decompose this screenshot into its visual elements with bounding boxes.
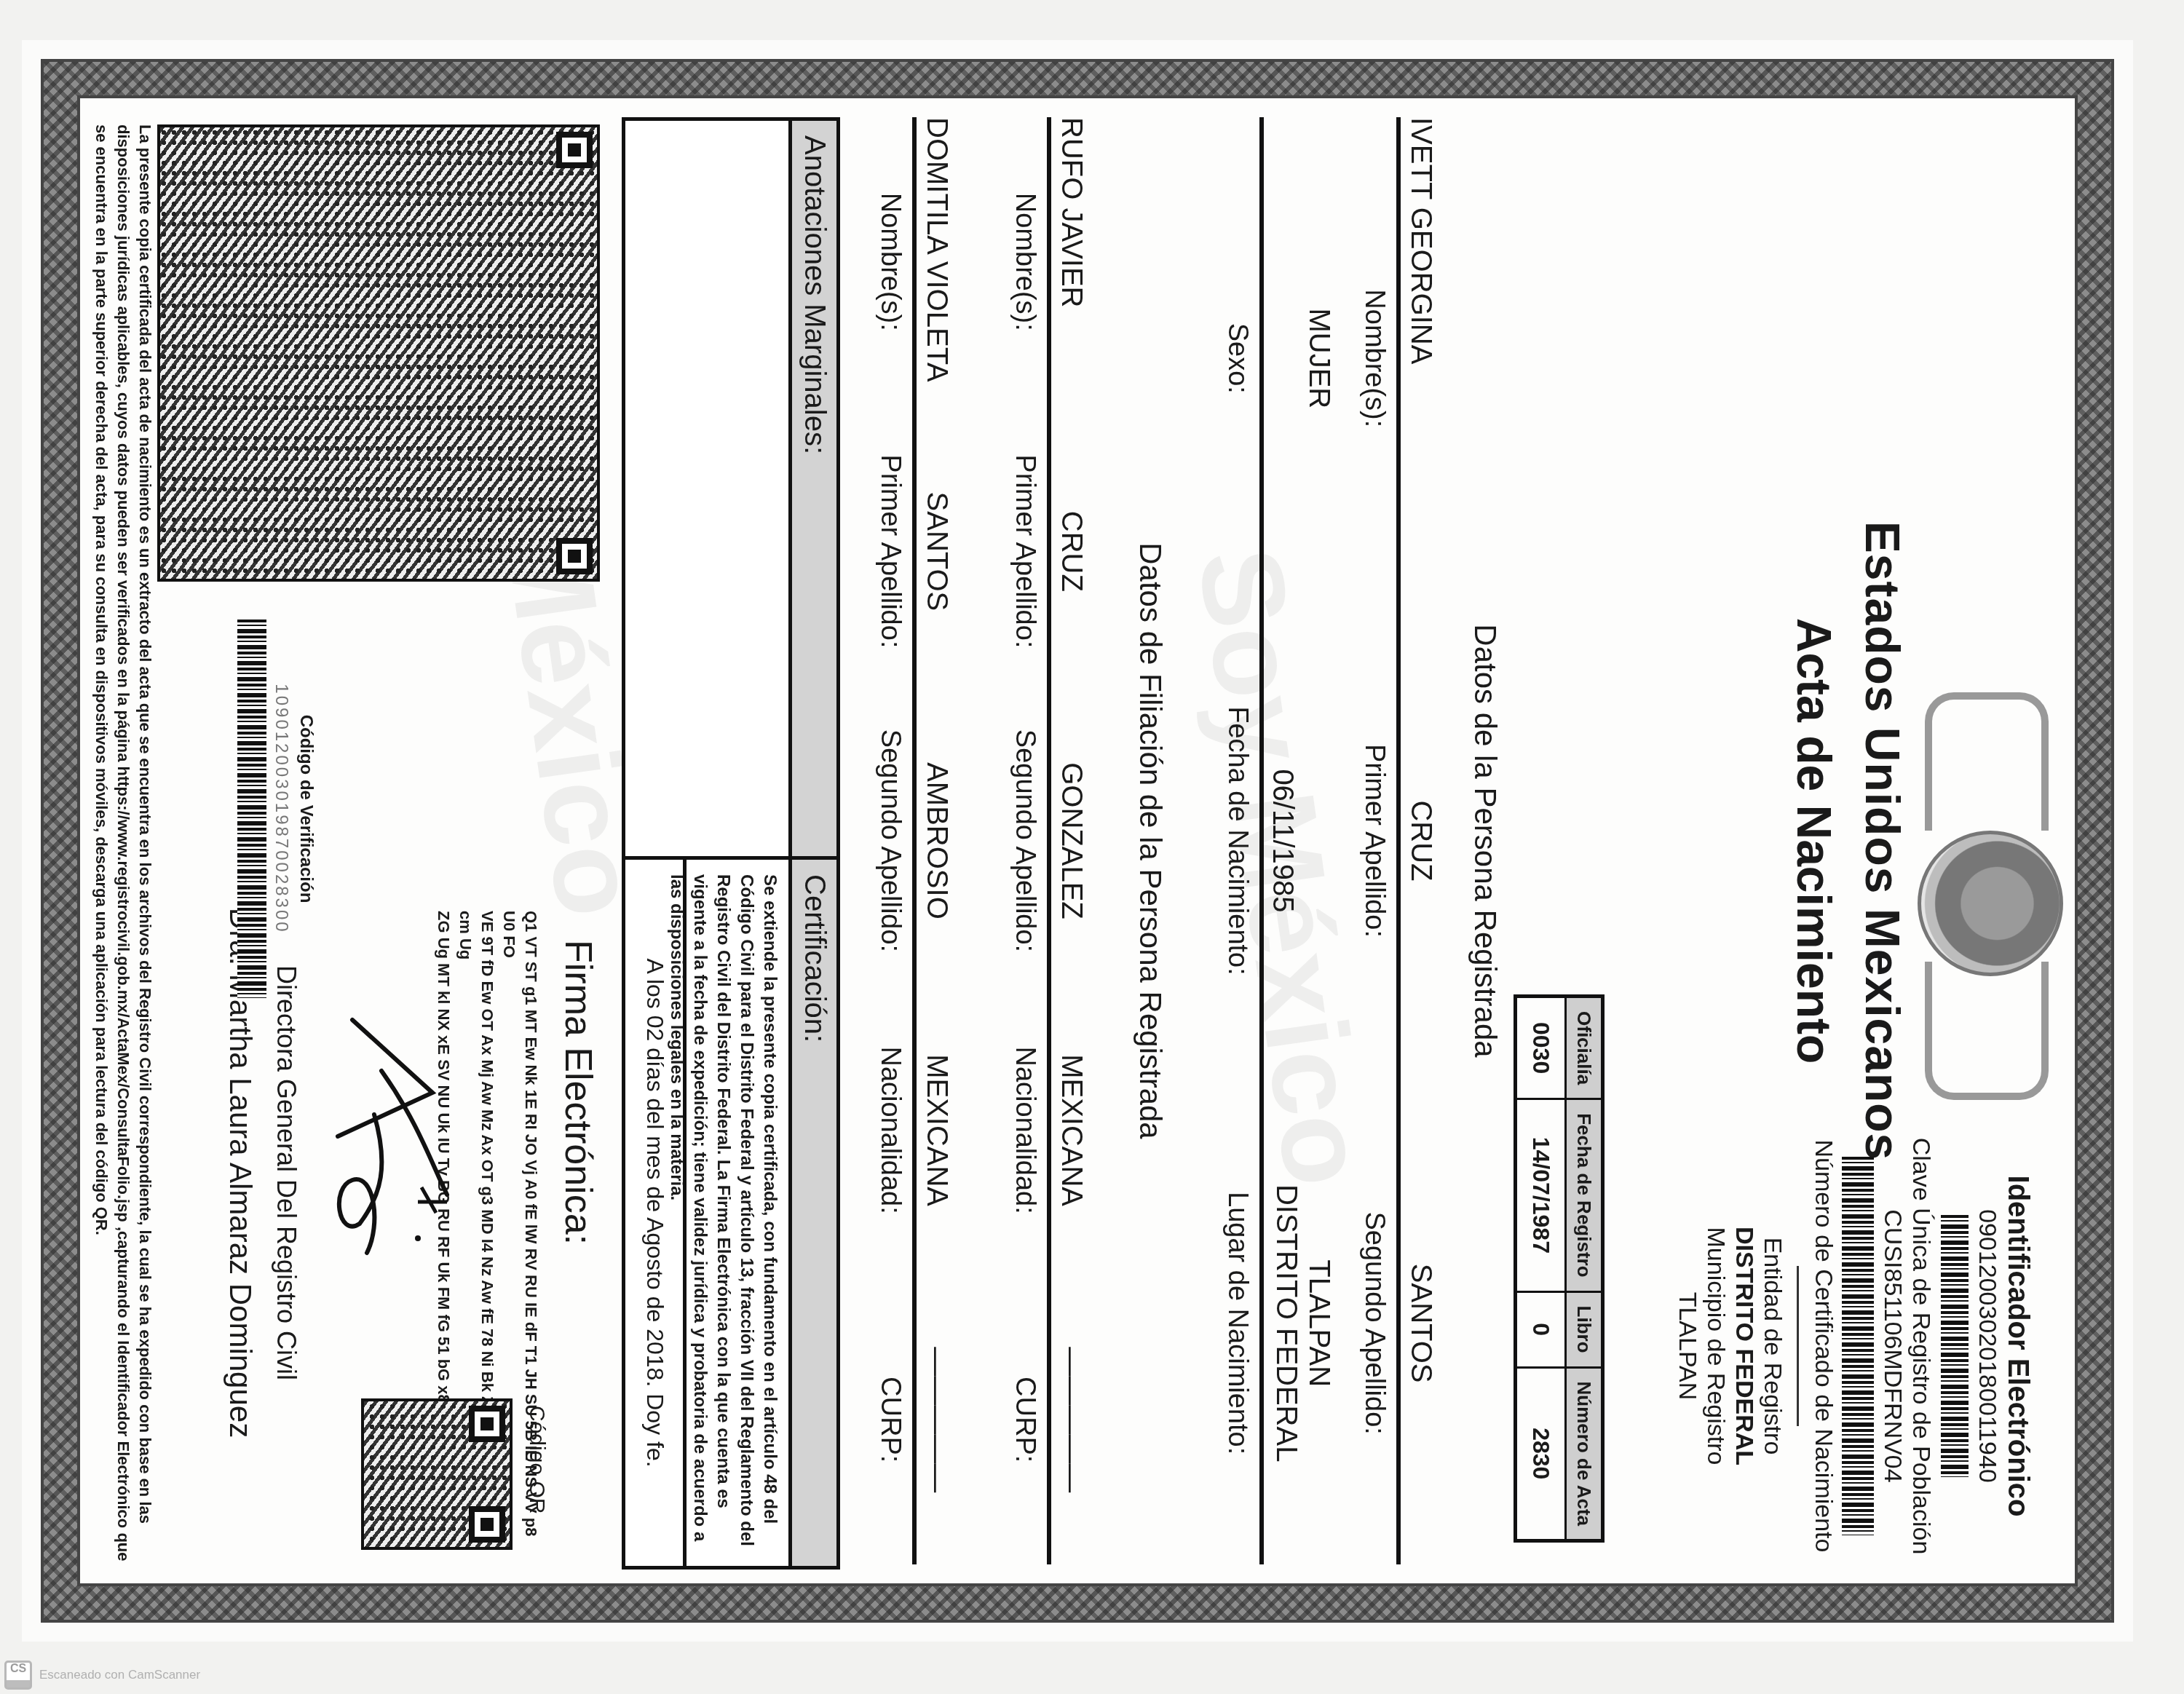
verification-code: 109012003019870028300 — [271, 605, 291, 1013]
verification-barcode — [237, 620, 266, 998]
certification-title: Certificación: — [788, 860, 836, 1566]
numero-acta-value: 2830 — [1516, 1367, 1566, 1540]
second-surname-label: Segundo Apellido: — [874, 696, 906, 986]
divider — [1047, 117, 1051, 1564]
filiation-title: Datos de Filiación de la Persona Registr… — [1133, 95, 1168, 1586]
national-seal-icon — [1910, 692, 2078, 1100]
first-surname-label: Primer Apellido: — [1009, 407, 1040, 697]
parent-2-first-surname: SANTOS — [920, 407, 953, 697]
parent-2-names: DOMITILA VIOLETA — [920, 117, 953, 407]
first-surname-label: Primer Apellido: — [1358, 600, 1390, 1083]
person-birth-row: MUJER 06/11/1985 TLALPAN DISTRITO FEDERA… — [1266, 117, 1335, 1564]
camscanner-icon: CS — [4, 1661, 32, 1690]
electronic-id-barcode — [1941, 1215, 1969, 1477]
birth-place-value: TLALPAN DISTRITO FEDERAL — [1266, 1082, 1335, 1564]
libro-value: 0 — [1516, 1291, 1566, 1367]
parent-1-first-surname: CRUZ — [1055, 407, 1088, 697]
parent-2-second-surname: AMBROSIO — [920, 696, 953, 986]
marginal-annotations-title: Anotaciones Marginales: — [788, 121, 836, 863]
certification-box: Certificación: Se extiende la presente c… — [622, 856, 840, 1570]
names-value: IVETT GEORGINA — [1404, 117, 1437, 600]
parent-1-nationality: MEXICANA — [1055, 986, 1088, 1275]
verification-label: Código de Verificación — [296, 605, 316, 1013]
identifiers-block: Identificador Electrónico 09012003020180… — [1673, 1128, 2034, 1564]
divider — [912, 117, 917, 1564]
second-surname-value: SANTOS — [1404, 1082, 1437, 1564]
first-surname-value: CRUZ — [1404, 600, 1437, 1083]
electronic-id-label: Identificador Electrónico — [2001, 1128, 2034, 1564]
birth-certificate-document: Soy México Soy México Estados Unidos Mex… — [22, 40, 2133, 1642]
certification-date: A los 02 días del mes de Agosto de 2018.… — [641, 860, 687, 1566]
entity-value: DISTRITO FEDERAL — [1730, 1128, 1758, 1564]
verification-block: Código de Verificación 10901200301987002… — [233, 605, 316, 1013]
curp-label: CURP: — [1009, 1275, 1040, 1564]
parent-1-curp: ————— — [1055, 1275, 1088, 1564]
divider — [1259, 117, 1264, 1564]
sex-label: Sexo: — [1222, 117, 1253, 600]
birth-place-municipality: TLALPAN — [1302, 1082, 1335, 1564]
fecha-registro-value: 14/07/1987 — [1516, 1099, 1566, 1291]
parent-1-labels: Nombre(s): Primer Apellido: Segundo Apel… — [1009, 117, 1040, 1564]
certificate-number-label: Número de Certificado de Nacimiento — [1809, 1128, 1837, 1564]
legal-notice: La presente copia certificada del acta d… — [90, 124, 156, 1580]
electronic-id-value: 09012003020180011940 — [1973, 1128, 2001, 1564]
municipality-value: TLALPAN — [1673, 1128, 1701, 1564]
registered-person-title: Datos de la Persona Registrada — [1468, 95, 1503, 1586]
curp-value: CUSI851106MDFRNV04 — [1878, 1128, 1907, 1564]
nationality-label: Nacionalidad: — [1009, 986, 1040, 1275]
curp-barcode — [1842, 1157, 1874, 1535]
parent-2-curp: ————— — [920, 1275, 953, 1564]
second-surname-label: Segundo Apellido: — [1009, 696, 1040, 986]
document-body: Soy México Soy México Estados Unidos Mex… — [77, 95, 2078, 1586]
parent-2-labels: Nombre(s): Primer Apellido: Segundo Apel… — [874, 117, 906, 1564]
qr-code-large — [157, 124, 600, 582]
divider — [1396, 117, 1401, 1564]
names-label: Nombre(s): — [1009, 117, 1040, 407]
second-surname-label: Segundo Apellido: — [1358, 1082, 1390, 1564]
electronic-signature-title: Firma Electrónica: — [556, 940, 600, 1245]
handwritten-signature-icon — [323, 1005, 462, 1267]
curp-label: CURP: — [874, 1275, 906, 1564]
header-numero-acta: Número de Acta — [1566, 1367, 1603, 1540]
qr-code-small — [361, 1398, 513, 1550]
parent-2-nationality: MEXICANA — [920, 986, 953, 1275]
registry-table: Oficialía Fecha de Registro Libro Número… — [1514, 994, 1605, 1543]
municipality-label: Municipio de Registro — [1701, 1128, 1730, 1564]
birth-place-label: Lugar de Nacimiento: — [1222, 1082, 1253, 1564]
header-fecha-registro: Fecha de Registro — [1566, 1099, 1603, 1291]
names-label: Nombre(s): — [1358, 117, 1390, 600]
first-surname-label: Primer Apellido: — [874, 407, 906, 697]
person-birth-labels: Sexo: Fecha de Nacimiento: Lugar de Naci… — [1222, 117, 1253, 1564]
parent-1-row: RUFO JAVIER CRUZ GONZALEZ MEXICANA ————— — [1055, 117, 1088, 1564]
nationality-label: Nacionalidad: — [874, 986, 906, 1275]
person-names-labels: Nombre(s): Primer Apellido: Segundo Apel… — [1358, 117, 1390, 1564]
person-names-row: IVETT GEORGINA CRUZ SANTOS — [1404, 117, 1437, 1564]
qr-code-label: Código QR — [524, 1406, 549, 1513]
birth-date-label: Fecha de Nacimiento: — [1222, 600, 1253, 1083]
oficialia-value: 0030 — [1516, 997, 1566, 1099]
entity-label: Entidad de Registro — [1758, 1128, 1787, 1564]
camscanner-watermark: CS Escaneado con CamScanner — [4, 1661, 200, 1690]
marginal-annotations-box: Anotaciones Marginales: — [622, 117, 840, 867]
camscanner-label: Escaneado con CamScanner — [39, 1668, 200, 1682]
sex-value: MUJER — [1266, 117, 1335, 600]
birth-place-entity: DISTRITO FEDERAL — [1270, 1082, 1302, 1564]
header-oficialia: Oficialía — [1566, 997, 1603, 1099]
names-label: Nombre(s): — [874, 117, 906, 407]
curp-label: Clave Única de Registro de Población — [1907, 1128, 1935, 1564]
parent-1-names: RUFO JAVIER — [1055, 117, 1088, 407]
certificate-number-empty — [1797, 1266, 1799, 1426]
parent-2-row: DOMITILA VIOLETA SANTOS AMBROSIO MEXICAN… — [920, 117, 953, 1564]
parent-1-second-surname: GONZALEZ — [1055, 696, 1088, 986]
birth-date-value: 06/11/1985 — [1266, 600, 1335, 1083]
header-libro: Libro — [1566, 1291, 1603, 1367]
